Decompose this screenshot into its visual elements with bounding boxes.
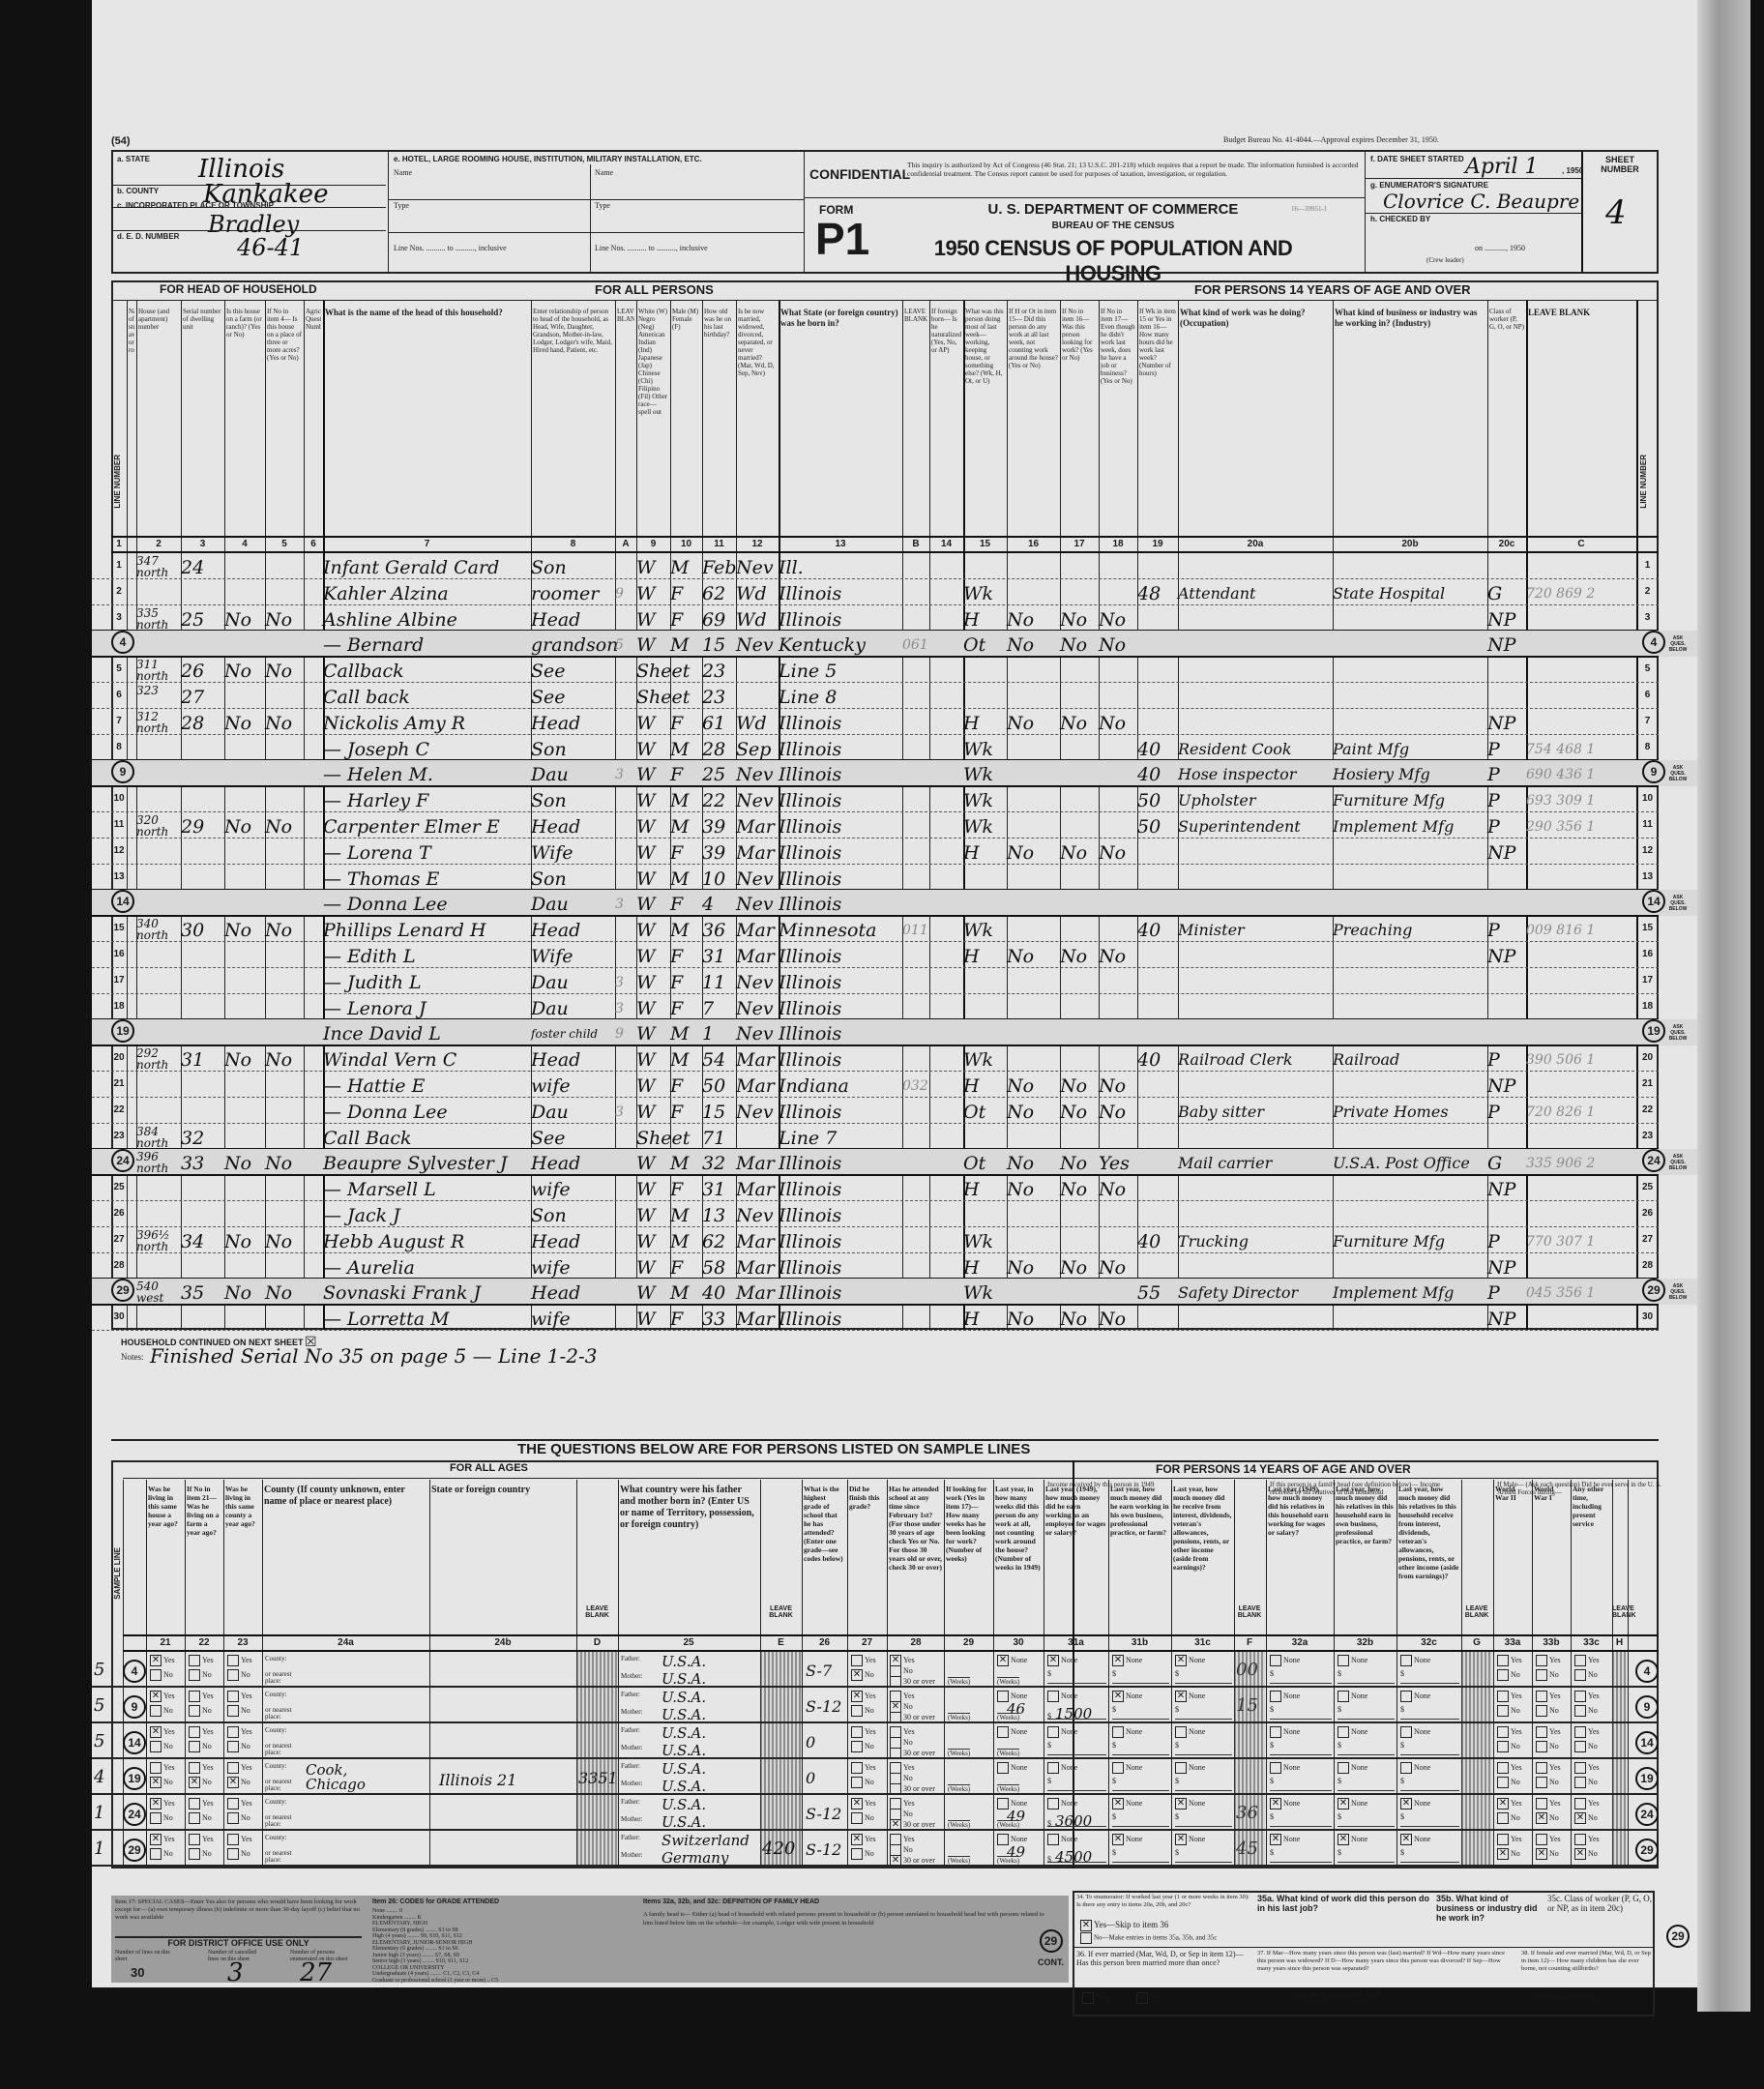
checkbox-box[interactable]: ✕ <box>150 1655 162 1666</box>
checkbox-q22-yes[interactable]: Yes <box>189 1655 214 1666</box>
checkbox-q23-no[interactable]: No <box>227 1669 250 1681</box>
amount-field-q32b[interactable]: $ <box>1338 1848 1395 1863</box>
checkbox-box[interactable] <box>1497 1669 1509 1681</box>
none-checkbox-q32c[interactable]: ✕None <box>1400 1798 1430 1809</box>
checkbox-finish-no[interactable]: No <box>851 1741 874 1752</box>
checkbox-box[interactable] <box>1536 1762 1547 1774</box>
q34-yes[interactable]: ✕Yes—Skip to item 36 <box>1080 1920 1168 1931</box>
checkbox-school-30-or-over[interactable]: 30 or over <box>890 1712 935 1723</box>
checkbox-box[interactable] <box>150 1705 162 1717</box>
amount-field-q31b[interactable]: $ <box>1112 1777 1169 1791</box>
checkbox-box[interactable] <box>1574 1762 1586 1774</box>
none-checkbox-q32b[interactable]: None <box>1338 1691 1367 1702</box>
checkbox-box[interactable] <box>1574 1798 1586 1809</box>
none-checkbox-q32b[interactable]: None <box>1338 1726 1367 1738</box>
none-checkbox-q32a[interactable]: ✕None <box>1270 1798 1300 1809</box>
amount-field-q31b[interactable]: $ <box>1112 1705 1169 1720</box>
none-checkbox-q31b[interactable]: None <box>1112 1762 1142 1774</box>
checkbox-box[interactable] <box>150 1848 162 1860</box>
amount-field-q31b[interactable]: $ <box>1112 1848 1169 1863</box>
checkbox-box[interactable]: ✕ <box>851 1691 863 1702</box>
checkbox-box[interactable]: ✕ <box>1175 1691 1187 1702</box>
amount-field-q32a[interactable]: $ <box>1270 1777 1332 1791</box>
checkbox-box[interactable] <box>1536 1705 1547 1717</box>
checkbox-q22-yes[interactable]: Yes <box>189 1762 214 1774</box>
checkbox-box[interactable] <box>189 1726 200 1738</box>
checkbox-q33b-yes[interactable]: Yes <box>1536 1691 1561 1702</box>
checkbox-box[interactable] <box>1338 1691 1349 1702</box>
none-checkbox-q31b[interactable]: ✕None <box>1112 1691 1142 1702</box>
checkbox-q22-no[interactable]: ✕No <box>189 1777 212 1788</box>
checkbox-q33c-no[interactable]: No <box>1574 1705 1598 1717</box>
checkbox-box[interactable] <box>227 1705 239 1717</box>
checkbox-finish-no[interactable]: No <box>851 1777 874 1788</box>
checkbox-box[interactable] <box>1574 1777 1586 1788</box>
checkbox-box[interactable] <box>189 1834 200 1845</box>
checkbox-q33c-yes[interactable]: Yes <box>1574 1798 1600 1809</box>
checkbox-q22-no[interactable]: No <box>189 1669 212 1681</box>
checkbox-box[interactable] <box>227 1798 239 1809</box>
checkbox-box[interactable] <box>227 1655 239 1666</box>
checkbox-box[interactable] <box>1574 1834 1586 1845</box>
checkbox-q33c-yes[interactable]: Yes <box>1574 1655 1600 1666</box>
checkbox-box[interactable] <box>1574 1726 1586 1738</box>
checkbox-q23-no[interactable]: No <box>227 1705 250 1717</box>
checkbox-finish-yes[interactable]: ✕Yes <box>851 1798 876 1809</box>
checkbox-q23-no[interactable]: No <box>227 1741 250 1752</box>
checkbox-box[interactable] <box>1574 1741 1586 1752</box>
checkbox-box[interactable] <box>851 1777 863 1788</box>
checkbox-q33b-no[interactable]: No <box>1536 1741 1559 1752</box>
checkbox-q23-no[interactable]: No <box>227 1848 250 1860</box>
checkbox-box[interactable]: ✕ <box>150 1726 162 1738</box>
none-checkbox-q32c[interactable]: None <box>1400 1762 1430 1774</box>
checkbox-q33b-yes[interactable]: Yes <box>1536 1655 1561 1666</box>
checkbox-q33b-no[interactable]: ✕No <box>1536 1848 1559 1860</box>
checkbox-finish-no[interactable]: No <box>851 1705 874 1717</box>
checkbox-box[interactable]: ✕ <box>1175 1798 1187 1809</box>
checkbox-finish-yes[interactable]: Yes <box>851 1762 876 1774</box>
checkbox-q33b-yes[interactable]: Yes <box>1536 1798 1561 1809</box>
none-checkbox-q32b[interactable]: ✕None <box>1338 1798 1367 1809</box>
checkbox-box[interactable] <box>1536 1834 1547 1845</box>
none-checkbox-q32c[interactable]: None <box>1400 1726 1430 1738</box>
checkbox-box[interactable] <box>851 1848 863 1860</box>
checkbox-q21-yes[interactable]: ✕Yes <box>150 1834 175 1845</box>
checkbox-box[interactable]: ✕ <box>1536 1848 1547 1860</box>
checkbox-q33a-yes[interactable]: Yes <box>1497 1691 1522 1702</box>
checkbox-box[interactable] <box>189 1691 200 1702</box>
checkbox-box[interactable] <box>1047 1762 1059 1774</box>
amount-field-q31a[interactable]: $ <box>1047 1669 1106 1684</box>
none-checkbox-q30[interactable]: ✕None <box>997 1655 1027 1666</box>
checkbox-box[interactable]: ✕ <box>150 1798 162 1809</box>
checkbox-box[interactable] <box>851 1812 863 1824</box>
amount-field-q32a[interactable]: $ <box>1270 1812 1332 1827</box>
checkbox-q23-yes[interactable]: Yes <box>227 1726 252 1738</box>
checkbox-q23-yes[interactable]: Yes <box>227 1798 252 1809</box>
checkbox-finish-yes[interactable]: ✕Yes <box>851 1691 876 1702</box>
q36-yes[interactable]: Yes <box>1082 1992 1108 2004</box>
checkbox-box[interactable] <box>1536 1741 1547 1752</box>
none-checkbox-q32b[interactable]: ✕None <box>1338 1834 1367 1845</box>
checkbox-q33b-no[interactable]: No <box>1536 1669 1559 1681</box>
none-checkbox-q30[interactable]: None <box>997 1762 1027 1774</box>
checkbox-q33a-yes[interactable]: Yes <box>1497 1834 1522 1845</box>
checkbox-box[interactable] <box>890 1676 901 1688</box>
checkbox-box[interactable] <box>1047 1726 1059 1738</box>
checkbox-box[interactable] <box>1270 1762 1281 1774</box>
checkbox-box[interactable]: ✕ <box>1338 1834 1349 1845</box>
checkbox-box[interactable]: ✕ <box>1112 1691 1124 1702</box>
checkbox-q33a-no[interactable]: No <box>1497 1705 1520 1717</box>
amount-field-q31a[interactable]: $ <box>1047 1777 1106 1791</box>
amount-field-q31a[interactable]: $ <box>1047 1741 1106 1755</box>
checkbox-box[interactable] <box>1497 1655 1509 1666</box>
checkbox-box[interactable]: ✕ <box>890 1855 901 1867</box>
checkbox-box[interactable] <box>1497 1726 1509 1738</box>
checkbox-box[interactable]: ✕ <box>890 1819 901 1831</box>
checkbox-q33b-yes[interactable]: Yes <box>1536 1834 1561 1845</box>
checkbox-q22-yes[interactable]: Yes <box>189 1691 214 1702</box>
checkbox-box[interactable] <box>851 1762 863 1774</box>
amount-field-q32b[interactable]: $ <box>1338 1777 1395 1791</box>
checkbox-box[interactable] <box>1497 1777 1509 1788</box>
checkbox-q33c-yes[interactable]: Yes <box>1574 1834 1600 1845</box>
checkbox-box[interactable]: ✕ <box>1400 1798 1412 1809</box>
checkbox-box[interactable] <box>189 1655 200 1666</box>
checkbox-q33b-no[interactable]: No <box>1536 1705 1559 1717</box>
amount-field-q32c[interactable]: $ <box>1400 1848 1459 1863</box>
checkbox-q33c-no[interactable]: ✕No <box>1574 1848 1598 1860</box>
checkbox-q33c-no[interactable]: ✕No <box>1574 1812 1598 1824</box>
checkbox-q23-yes[interactable]: Yes <box>227 1762 252 1774</box>
checkbox-finish-no[interactable]: ✕No <box>851 1669 874 1681</box>
amount-field-q31a[interactable]: $4500 <box>1047 1848 1106 1863</box>
amount-field-q32c[interactable]: $ <box>1400 1669 1459 1684</box>
checkbox-box[interactable] <box>1270 1726 1281 1738</box>
amount-field-q32c[interactable]: $ <box>1400 1812 1459 1827</box>
checkbox-school-30-or-over[interactable]: 30 or over <box>890 1783 935 1795</box>
checkbox-box[interactable] <box>150 1741 162 1752</box>
amount-field-q32a[interactable]: $ <box>1270 1669 1332 1684</box>
checkbox-box[interactable] <box>150 1812 162 1824</box>
checkbox-box[interactable]: ✕ <box>851 1669 863 1681</box>
checkbox-box[interactable] <box>1497 1691 1509 1702</box>
checkbox-q22-no[interactable]: No <box>189 1812 212 1824</box>
checkbox-box[interactable] <box>1400 1691 1412 1702</box>
checkbox-box[interactable]: ✕ <box>1112 1834 1124 1845</box>
none-checkbox-q31a[interactable]: None <box>1047 1691 1077 1702</box>
checkbox-box[interactable] <box>189 1848 200 1860</box>
checkbox-box[interactable] <box>189 1812 200 1824</box>
checkbox-q21-no[interactable]: No <box>150 1669 173 1681</box>
checkbox-box[interactable] <box>1112 1726 1124 1738</box>
checkbox-box[interactable]: ✕ <box>150 1777 162 1788</box>
none-checkbox-q32c[interactable]: ✕None <box>1400 1834 1430 1845</box>
amount-field-q31c[interactable]: $ <box>1175 1848 1232 1863</box>
checkbox-q33c-yes[interactable]: Yes <box>1574 1762 1600 1774</box>
none-checkbox-q31c[interactable]: None <box>1175 1726 1205 1738</box>
checkbox-q23-yes[interactable]: Yes <box>227 1691 252 1702</box>
checkbox-box[interactable] <box>1047 1798 1059 1809</box>
none-checkbox-q31c[interactable]: ✕None <box>1175 1691 1205 1702</box>
checkbox-box[interactable]: ✕ <box>1112 1798 1124 1809</box>
checkbox-box[interactable]: ✕ <box>1112 1655 1124 1666</box>
checkbox-finish-yes[interactable]: Yes <box>851 1655 876 1666</box>
amount-field-q32c[interactable]: $ <box>1400 1777 1459 1791</box>
checkbox-box[interactable]: ✕ <box>1175 1834 1187 1845</box>
none-checkbox-q32a[interactable]: None <box>1270 1655 1300 1666</box>
none-checkbox-q32a[interactable]: None <box>1270 1762 1300 1774</box>
checkbox-box[interactable]: ✕ <box>189 1777 200 1788</box>
checkbox-q33a-no[interactable]: No <box>1497 1669 1520 1681</box>
none-checkbox-q30[interactable]: None <box>997 1726 1027 1738</box>
checkbox-box[interactable] <box>189 1798 200 1809</box>
checkbox-q33c-no[interactable]: No <box>1574 1669 1598 1681</box>
checkbox-box[interactable] <box>1270 1655 1281 1666</box>
checkbox-q33c-yes[interactable]: Yes <box>1574 1726 1600 1738</box>
checkbox-box[interactable] <box>1338 1762 1349 1774</box>
checkbox-box[interactable] <box>1270 1691 1281 1702</box>
checkbox-q21-yes[interactable]: ✕Yes <box>150 1691 175 1702</box>
checkbox-box[interactable] <box>997 1762 1009 1774</box>
checkbox-box[interactable] <box>227 1834 239 1845</box>
checkbox-box[interactable] <box>227 1669 239 1681</box>
none-checkbox-q31a[interactable]: None <box>1047 1726 1077 1738</box>
none-checkbox-q32b[interactable]: None <box>1338 1762 1367 1774</box>
none-checkbox-q31b[interactable]: ✕None <box>1112 1798 1142 1809</box>
none-checkbox-q31c[interactable]: ✕None <box>1175 1655 1205 1666</box>
none-checkbox-q31b[interactable]: ✕None <box>1112 1834 1142 1845</box>
checkbox-box[interactable]: ✕ <box>1338 1798 1349 1809</box>
checkbox-box[interactable] <box>227 1741 239 1752</box>
none-checkbox-q31a[interactable]: None <box>1047 1834 1077 1845</box>
none-checkbox-q31a[interactable]: None <box>1047 1762 1077 1774</box>
checkbox-q21-no[interactable]: No <box>150 1848 173 1860</box>
none-checkbox-q32c[interactable]: None <box>1400 1691 1430 1702</box>
checkbox-box[interactable] <box>227 1848 239 1860</box>
checkbox-box[interactable] <box>1497 1741 1509 1752</box>
amount-field-q31a[interactable]: $3600 <box>1047 1812 1106 1827</box>
checkbox-q23-no[interactable]: No <box>227 1812 250 1824</box>
amount-field-q31b[interactable]: $ <box>1112 1669 1169 1684</box>
checkbox-q21-yes[interactable]: ✕Yes <box>150 1655 175 1666</box>
checkbox-box[interactable]: ✕ <box>1270 1798 1281 1809</box>
amount-field-q31b[interactable]: $ <box>1112 1812 1169 1827</box>
checkbox-box[interactable] <box>1536 1691 1547 1702</box>
checkbox-box[interactable] <box>851 1705 863 1717</box>
checkbox-box[interactable] <box>1536 1798 1547 1809</box>
checkbox-q21-yes[interactable]: Yes <box>150 1762 175 1774</box>
checkbox-box[interactable]: ✕ <box>1400 1834 1412 1845</box>
checkbox-box[interactable]: ✕ <box>1175 1655 1187 1666</box>
amount-field-q31c[interactable]: $ <box>1175 1812 1232 1827</box>
checkbox-box[interactable] <box>1536 1726 1547 1738</box>
checkbox-box[interactable] <box>1112 1762 1124 1774</box>
checkbox-finish-no[interactable]: No <box>851 1848 874 1860</box>
checkbox-school-30-or-over[interactable]: 30 or over <box>890 1748 935 1759</box>
checkbox-box[interactable]: ✕ <box>1497 1798 1509 1809</box>
checkbox-box[interactable] <box>851 1726 863 1738</box>
checkbox-q33b-yes[interactable]: Yes <box>1536 1726 1561 1738</box>
q34-no[interactable]: No—Make entries in items 35a, 35b, and 3… <box>1080 1932 1217 1944</box>
checkbox-box[interactable] <box>1175 1762 1187 1774</box>
checkbox-q33b-yes[interactable]: Yes <box>1536 1762 1561 1774</box>
amount-field-q32c[interactable]: $ <box>1400 1741 1459 1755</box>
none-checkbox-q32a[interactable]: None <box>1270 1726 1300 1738</box>
checkbox-q33a-yes[interactable]: Yes <box>1497 1726 1522 1738</box>
checkbox-box[interactable] <box>1338 1655 1349 1666</box>
checkbox-box[interactable]: ✕ <box>1574 1848 1586 1860</box>
checkbox-box[interactable] <box>1047 1691 1059 1702</box>
none-checkbox-q31c[interactable]: ✕None <box>1175 1834 1205 1845</box>
checkbox-box[interactable] <box>227 1762 239 1774</box>
none-checkbox-q32a[interactable]: None <box>1270 1691 1300 1702</box>
none-checkbox-q32a[interactable]: ✕None <box>1270 1834 1300 1845</box>
checkbox-q23-yes[interactable]: Yes <box>227 1834 252 1845</box>
checkbox-box[interactable] <box>890 1748 901 1759</box>
checkbox-box[interactable] <box>997 1726 1009 1738</box>
checkbox-box[interactable] <box>1497 1705 1509 1717</box>
none-checkbox-q32c[interactable]: None <box>1400 1655 1430 1666</box>
amount-field-q31c[interactable]: $ <box>1175 1777 1232 1791</box>
checkbox-q22-yes[interactable]: Yes <box>189 1726 214 1738</box>
checkbox-box[interactable] <box>851 1741 863 1752</box>
checkbox-box[interactable] <box>227 1726 239 1738</box>
checkbox-box[interactable]: ✕ <box>150 1834 162 1845</box>
checkbox-box[interactable] <box>189 1762 200 1774</box>
checkbox-q33c-yes[interactable]: Yes <box>1574 1691 1600 1702</box>
checkbox-box[interactable] <box>1047 1834 1059 1845</box>
checkbox-box[interactable] <box>189 1669 200 1681</box>
checkbox-box[interactable] <box>227 1691 239 1702</box>
checkbox-finish-yes[interactable]: ✕Yes <box>851 1834 876 1845</box>
checkbox-box[interactable] <box>1400 1726 1412 1738</box>
checkbox-q21-no[interactable]: No <box>150 1812 173 1824</box>
checkbox-box[interactable]: ✕ <box>227 1777 239 1788</box>
checkbox-school-30-or-over[interactable]: ✕30 or over <box>890 1855 935 1867</box>
checkbox-q21-no[interactable]: No <box>150 1705 173 1717</box>
checkbox-finish-yes[interactable]: Yes <box>851 1726 876 1738</box>
checkbox-q21-no[interactable]: ✕No <box>150 1777 173 1788</box>
checkbox-q22-no[interactable]: No <box>189 1741 212 1752</box>
checkbox-box[interactable] <box>1574 1705 1586 1717</box>
none-checkbox-q31b[interactable]: ✕None <box>1112 1655 1142 1666</box>
checkbox-box[interactable] <box>1497 1812 1509 1824</box>
checkbox-box[interactable] <box>1400 1762 1412 1774</box>
none-checkbox-q31a[interactable]: ✕None <box>1047 1655 1077 1666</box>
checkbox-q22-no[interactable]: No <box>189 1848 212 1860</box>
checkbox-box[interactable] <box>189 1741 200 1752</box>
amount-field-q32b[interactable]: $ <box>1338 1705 1395 1720</box>
checkbox-box[interactable] <box>1400 1655 1412 1666</box>
checkbox-box[interactable] <box>1338 1726 1349 1738</box>
checkbox-box[interactable] <box>1175 1726 1187 1738</box>
checkbox-box[interactable] <box>851 1655 863 1666</box>
amount-field-q31c[interactable]: $ <box>1175 1669 1232 1684</box>
checkbox-box[interactable] <box>1536 1777 1547 1788</box>
checkbox-q33a-no[interactable]: ✕No <box>1497 1848 1520 1860</box>
amount-field-q31c[interactable]: $ <box>1175 1705 1232 1720</box>
checkbox-box[interactable] <box>1497 1834 1509 1845</box>
checkbox-q33a-yes[interactable]: Yes <box>1497 1762 1522 1774</box>
amount-field-q32b[interactable]: $ <box>1338 1669 1395 1684</box>
checkbox-q21-yes[interactable]: ✕Yes <box>150 1798 175 1809</box>
checkbox-box[interactable]: ✕ <box>997 1655 1009 1666</box>
checkbox-box[interactable]: ✕ <box>1270 1834 1281 1845</box>
amount-field-q32b[interactable]: $ <box>1338 1741 1395 1755</box>
checkbox-q23-no[interactable]: ✕No <box>227 1777 250 1788</box>
checkbox-box[interactable]: ✕ <box>851 1834 863 1845</box>
checkbox-q21-no[interactable]: No <box>150 1741 173 1752</box>
amount-field-q32a[interactable]: $ <box>1270 1705 1332 1720</box>
checkbox-school-30-or-over[interactable]: ✕30 or over <box>890 1819 935 1831</box>
amount-field-q32a[interactable]: $ <box>1270 1848 1332 1863</box>
checkbox-box[interactable] <box>1574 1655 1586 1666</box>
none-checkbox-q31c[interactable]: None <box>1175 1762 1205 1774</box>
amount-field-q32b[interactable]: $ <box>1338 1812 1395 1827</box>
checkbox-q33a-yes[interactable]: Yes <box>1497 1655 1522 1666</box>
checkbox-box[interactable] <box>1536 1655 1547 1666</box>
checkbox-q22-yes[interactable]: Yes <box>189 1798 214 1809</box>
checkbox-box[interactable]: ✕ <box>1536 1812 1547 1824</box>
checkbox-box[interactable]: ✕ <box>150 1691 162 1702</box>
checkbox-box[interactable] <box>1574 1691 1586 1702</box>
checkbox-q21-yes[interactable]: ✕Yes <box>150 1726 175 1738</box>
amount-field-q31b[interactable]: $ <box>1112 1741 1169 1755</box>
amount-field-q32a[interactable]: $ <box>1270 1741 1332 1755</box>
none-checkbox-q31b[interactable]: None <box>1112 1726 1142 1738</box>
none-checkbox-q31a[interactable]: None <box>1047 1798 1077 1809</box>
amount-field-q31c[interactable]: $ <box>1175 1741 1232 1755</box>
checkbox-box[interactable] <box>150 1669 162 1681</box>
checkbox-q33b-no[interactable]: ✕No <box>1536 1812 1559 1824</box>
checkbox-q33a-no[interactable]: No <box>1497 1812 1520 1824</box>
amount-field-q32c[interactable]: $ <box>1400 1705 1459 1720</box>
checkbox-q33c-no[interactable]: No <box>1574 1777 1598 1788</box>
checkbox-box[interactable] <box>890 1712 901 1723</box>
checkbox-box[interactable]: ✕ <box>851 1798 863 1809</box>
cell-occ: Hose inspector <box>1178 760 1333 787</box>
checkbox-q22-yes[interactable]: Yes <box>189 1834 214 1845</box>
amount-field-q31a[interactable]: $1500 <box>1047 1705 1106 1720</box>
checkbox-q33a-yes[interactable]: ✕Yes <box>1497 1798 1522 1809</box>
q36-no[interactable]: ✕No <box>1136 1992 1161 2004</box>
checkbox-box[interactable] <box>890 1783 901 1795</box>
checkbox-q22-no[interactable]: No <box>189 1705 212 1717</box>
checkbox-box[interactable]: ✕ <box>1047 1655 1059 1666</box>
checkbox-box[interactable]: ✕ <box>1574 1812 1586 1824</box>
checkbox-box[interactable] <box>227 1812 239 1824</box>
checkbox-box[interactable] <box>150 1762 162 1774</box>
checkbox-q33c-no[interactable]: No <box>1574 1741 1598 1752</box>
checkbox-q33a-no[interactable]: No <box>1497 1741 1520 1752</box>
checkbox-finish-no[interactable]: No <box>851 1812 874 1824</box>
checkbox-box[interactable] <box>189 1705 200 1717</box>
checkbox-q33a-no[interactable]: No <box>1497 1777 1520 1788</box>
checkbox-box[interactable] <box>1497 1762 1509 1774</box>
dollar-sign: $ <box>1400 1669 1404 1678</box>
checkbox-box[interactable] <box>1574 1669 1586 1681</box>
checkbox-school-30-or-over[interactable]: 30 or over <box>890 1676 935 1688</box>
none-checkbox-q31c[interactable]: ✕None <box>1175 1798 1205 1809</box>
none-checkbox-q32b[interactable]: None <box>1338 1655 1367 1666</box>
checkbox-q23-yes[interactable]: Yes <box>227 1655 252 1666</box>
checkbox-box[interactable] <box>1536 1669 1547 1681</box>
checkbox-q33b-no[interactable]: No <box>1536 1777 1559 1788</box>
checkbox-box[interactable]: ✕ <box>1497 1848 1509 1860</box>
